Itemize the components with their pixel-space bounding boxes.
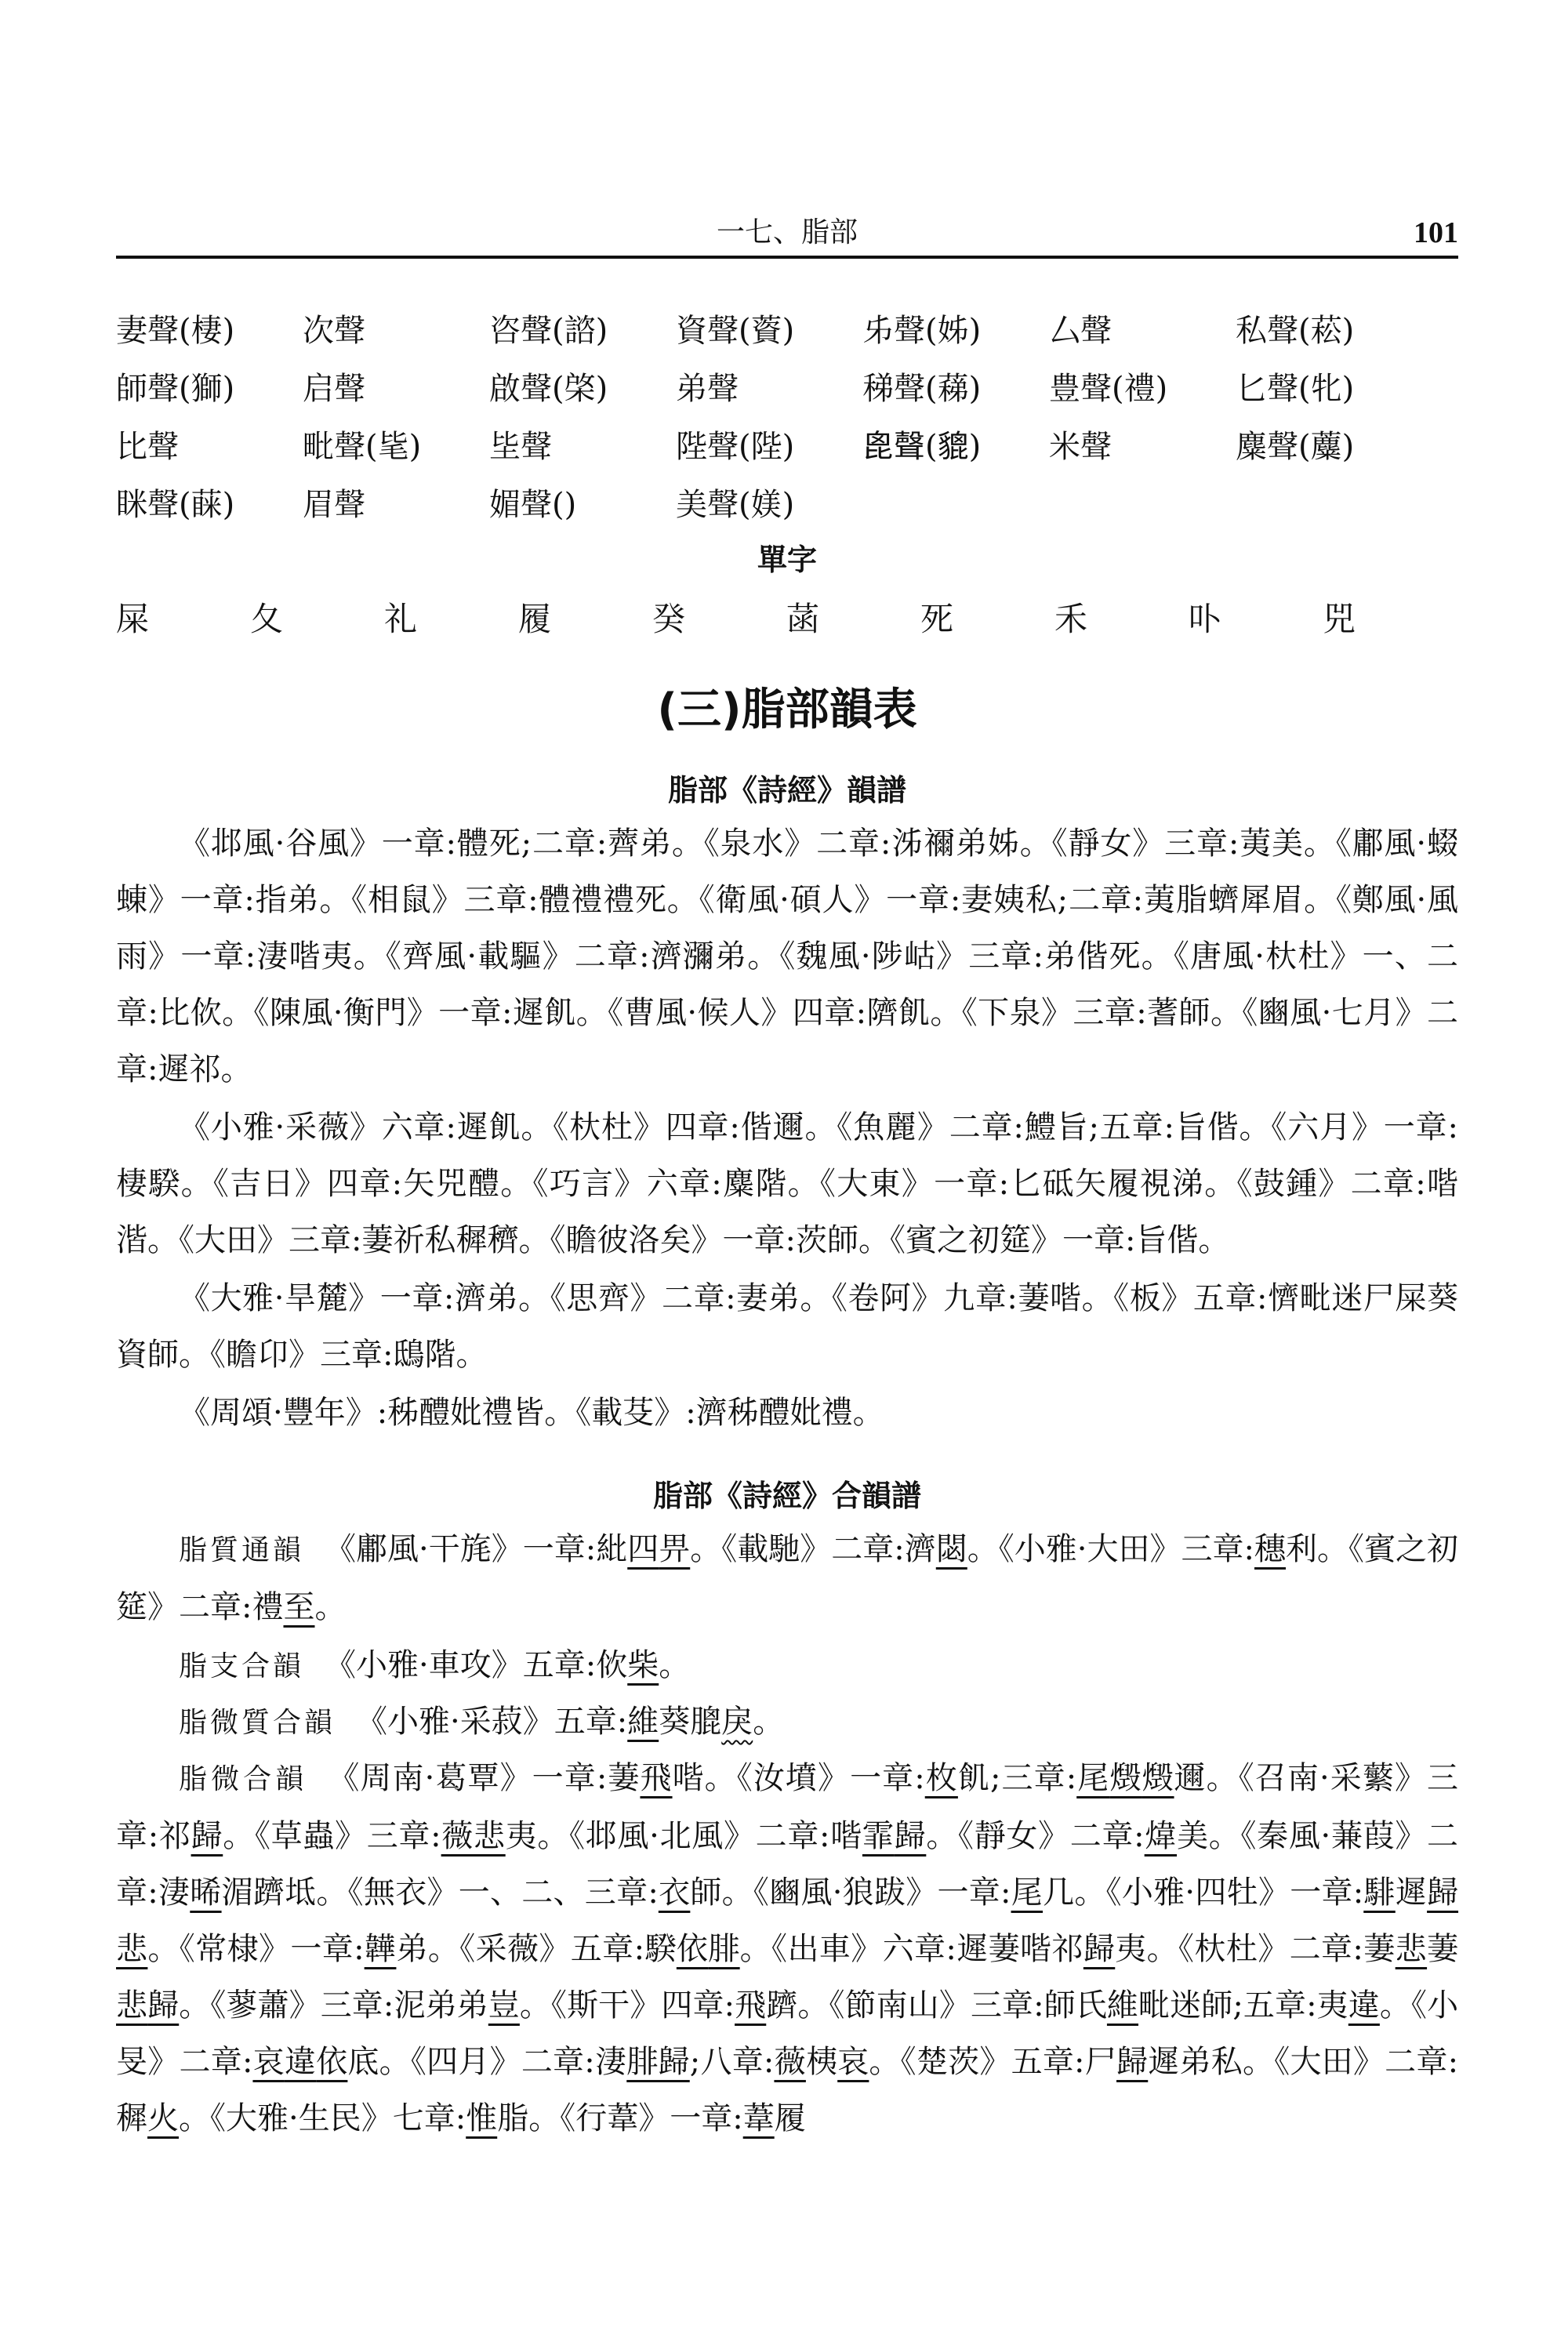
single-char: 禾 (1054, 596, 1189, 643)
underlined-rhyme-char: 騑 (1363, 1875, 1396, 1911)
entry-text: 脂微合韻《周南·葛覃》一章:萋飛喈。《汝墳》一章:枚飢;三章:尾燬燬邇。《召南·… (116, 1750, 1458, 2147)
underlined-rhyme-char: 衣 (659, 1875, 691, 1911)
entry-segment: 。《常棣》一章: (147, 1931, 364, 1967)
single-char: 死 (920, 596, 1054, 643)
entry-segment: 。 (659, 1647, 690, 1683)
series-cell: 麋聲(蘪) (1236, 423, 1422, 470)
underlined-rhyme-char: 畀 (659, 1531, 690, 1567)
entry-segment: 躋。《節南山》三章:師氏 (766, 1987, 1107, 2024)
paragraph-text: 《周頌·豐年》:秭醴妣禮皆。《載芟》:濟秭醴妣禮。 (116, 1385, 1458, 1441)
underlined-rhyme-char: 尾 (1011, 1875, 1044, 1911)
page-number: 101 (1414, 213, 1458, 252)
entry-segment: 夷。《邶風·北風》二章:喈 (506, 1818, 862, 1854)
series-row: 師聲(獅) 启聲 啟聲(棨) 弟聲 稊聲(蕛) 豊聲(禮) 匕聲(牝) (116, 360, 1458, 418)
series-cell: 啟聲(棨) (489, 365, 676, 412)
entry-text: 脂微質合韻《小雅·采菽》五章:維葵膍戾。 (116, 1693, 1458, 1751)
entry-segment: 萋 (1427, 1931, 1458, 1967)
entry-segment: 脂。《行葦》一章: (497, 2100, 742, 2136)
rhyme-tag: 脂質通韻 (179, 1534, 304, 1566)
rhyme-paragraph-daya: 《大雅·旱麓》一章:濟弟。《思齊》二章:妻弟。《卷阿》九章:萋喈。《板》五章:懠… (116, 1270, 1458, 1383)
single-char: 卟 (1189, 596, 1323, 643)
section-title: (三)脂部韻表 (116, 679, 1458, 742)
header-rule (116, 256, 1458, 259)
series-cell: 眯聲(蔝) (116, 481, 303, 528)
entry-segment: 。 (314, 1589, 346, 1625)
entry-segment: 《小雅·采菽》五章: (356, 1704, 627, 1740)
underlined-rhyme-char: 閟 (936, 1531, 967, 1567)
rhyme-tag: 脂微合韻 (179, 1763, 307, 1795)
single-char: 屎 (116, 596, 250, 643)
entry-segment: 。《草蟲》三章: (223, 1818, 441, 1854)
entry-segment: 喈。《汝墳》一章: (673, 1760, 925, 1796)
series-cell: 匕聲(牝) (1236, 365, 1422, 412)
entry-text: 脂質通韻《鄘風·干旄》一章:紕四畀。《載馳》二章:濟閟。《小雅·大田》三章:穗利… (116, 1521, 1458, 1635)
entry-segment: 葵膍 (659, 1704, 721, 1740)
entry-segment: 飢;三章: (958, 1760, 1076, 1796)
series-cell: 資聲(薋) (676, 307, 862, 354)
underlined-rhyme-char: 歸 (659, 2044, 690, 2080)
underlined-rhyme-char: 違 (1348, 1987, 1380, 2024)
single-char: 履 (518, 596, 652, 643)
underlined-rhyme-char: 燬 (1109, 1760, 1142, 1796)
underlined-rhyme-char: 歸 (1083, 1931, 1115, 1967)
underlined-rhyme-char: 維 (1107, 1987, 1138, 2024)
series-cell: 私聲(菘) (1236, 307, 1422, 354)
wavy-underlined-rhyme-char: 戾 (721, 1704, 753, 1740)
series-cell: 弟聲 (676, 365, 862, 412)
combined-rhyme-heading: 脂部《詩經》合韻譜 (116, 1474, 1458, 1518)
series-cell: 启聲 (303, 365, 489, 412)
entry-segment: 几。《小雅·四牡》一章: (1043, 1875, 1363, 1911)
entry-segment: 。《蓼蕭》三章:泥弟弟 (179, 1987, 488, 2024)
underlined-rhyme-char: 違 (285, 2044, 316, 2080)
underlined-rhyme-char: 歸 (1427, 1875, 1458, 1911)
series-cell: 𣬉聲(貔) (862, 423, 1049, 470)
series-row: 眯聲(蔝) 眉聲 媚聲(𥴿) 美聲(媄) (116, 476, 1458, 534)
series-cell: 𠂔聲(姊) (862, 307, 1049, 354)
series-cell: 妻聲(棲) (116, 307, 303, 354)
running-header: 一七、脂部 101 (116, 213, 1458, 259)
underlined-rhyme-char: 悲 (116, 1987, 147, 2024)
underlined-rhyme-char: 歸 (895, 1818, 927, 1854)
series-cell: 咨聲(諮) (489, 307, 676, 354)
entry-text: 脂支合韻《小雅·車攻》五章:佽柴。 (116, 1637, 1458, 1695)
entry-segment: 《周南·葛覃》一章:萋 (328, 1760, 640, 1796)
single-char: 兕 (1323, 596, 1457, 643)
single-char: 礼 (384, 596, 518, 643)
underlined-rhyme-char: 歸 (1116, 2044, 1148, 2080)
underlined-rhyme-char: 依 (316, 2044, 347, 2080)
rhyme-tag: 脂支合韻 (179, 1650, 304, 1682)
entry-segment: 弟。《采薇》五章:騤 (396, 1931, 676, 1967)
single-char: 夂 (250, 596, 384, 643)
rhyme-paragraph-xiaoya: 《小雅·采薇》六章:遲飢。《杕杜》四章:偕邇。《魚麗》二章:鱧旨;五章:旨偕。《… (116, 1099, 1458, 1269)
underlined-rhyme-char: 枚 (925, 1760, 958, 1796)
underlined-rhyme-char: 哀 (252, 2044, 284, 2080)
underlined-rhyme-char: 至 (283, 1589, 314, 1625)
entry-body: 《鄘風·干旄》一章:紕四畀。《載馳》二章:濟閟。《小雅·大田》三章:穗利。《賓之… (116, 1531, 1458, 1625)
single-char: 癸 (652, 596, 786, 643)
combined-entry: 脂微合韻《周南·葛覃》一章:萋飛喈。《汝墳》一章:枚飢;三章:尾燬燬邇。《召南·… (116, 1750, 1458, 2147)
underlined-rhyme-char: 薇 (774, 2044, 805, 2080)
underlined-rhyme-char: 葦 (743, 2100, 775, 2136)
entry-segment: 。《楚茨》五章:尸 (869, 2044, 1116, 2080)
running-title: 一七、脂部 (116, 213, 1458, 252)
combined-entry: 脂微質合韻《小雅·采菽》五章:維葵膍戾。 (116, 1693, 1458, 1751)
entry-segment: 。《大雅·生民》七章: (179, 2100, 466, 2136)
series-cell: 媚聲(𥴿) (489, 481, 676, 528)
entry-body: 《小雅·采菽》五章:維葵膍戾。 (356, 1704, 784, 1740)
entry-body: 《周南·葛覃》一章:萋飛喈。《汝墳》一章:枚飢;三章:尾燬燬邇。《召南·采蘩》三… (116, 1760, 1458, 2136)
single-chars-heading: 單字 (116, 538, 1458, 582)
underlined-rhyme-char: 柴 (627, 1647, 659, 1683)
series-cell: 米聲 (1049, 423, 1236, 470)
entry-segment: 。《小雅·大田》三章: (967, 1531, 1254, 1567)
underlined-rhyme-char: 悲 (116, 1931, 147, 1967)
book-page: 一七、脂部 101 妻聲(棲) 次聲 咨聲(諮) 資聲(薋) 𠂔聲(姊) 厶聲 … (0, 0, 1568, 2352)
series-cell: 次聲 (303, 307, 489, 354)
series-cell: 稊聲(蕛) (862, 365, 1049, 412)
series-cell: 坒聲 (489, 423, 676, 470)
underlined-rhyme-char: 維 (627, 1704, 659, 1740)
entry-body: 《小雅·車攻》五章:佽柴。 (325, 1647, 690, 1683)
entry-segment: 湄躋坻。《無衣》一、二、三章: (222, 1875, 659, 1911)
series-cell: 美聲(媄) (676, 481, 862, 528)
underlined-rhyme-char: 依 (677, 1931, 708, 1967)
series-row: 妻聲(棲) 次聲 咨聲(諮) 資聲(薋) 𠂔聲(姊) 厶聲 私聲(菘) (116, 302, 1458, 360)
series-cell: 陛聲(陛) (676, 423, 862, 470)
entry-segment: 夷。《杕杜》二章:萋 (1115, 1931, 1395, 1967)
entry-segment: 毗迷師;五章:夷 (1138, 1987, 1348, 2024)
underlined-rhyme-char: 惟 (466, 2100, 497, 2136)
underlined-rhyme-char: 歸 (191, 1818, 223, 1854)
entry-segment: 。 (753, 1704, 784, 1740)
entry-segment: ;八章: (690, 2044, 775, 2080)
single-char: 菡 (786, 596, 920, 643)
entry-segment: 桋 (806, 2044, 837, 2080)
entry-segment: 底。《四月》二章:淒 (347, 2044, 626, 2080)
combined-entry: 脂質通韻《鄘風·干旄》一章:紕四畀。《載馳》二章:濟閟。《小雅·大田》三章:穗利… (116, 1521, 1458, 1635)
combined-entry: 脂支合韻《小雅·車攻》五章:佽柴。 (116, 1637, 1458, 1695)
underlined-rhyme-char: 飛 (640, 1760, 672, 1796)
paragraph-text: 《大雅·旱麓》一章:濟弟。《思齊》二章:妻弟。《卷阿》九章:萋喈。《板》五章:懠… (116, 1270, 1458, 1383)
underlined-rhyme-char: 尾 (1076, 1760, 1109, 1796)
single-chars-list: 屎 夂 礼 履 癸 菡 死 禾 卟 兕 (116, 596, 1458, 643)
underlined-rhyme-char: 豈 (488, 1987, 520, 2024)
underlined-rhyme-char: 韡 (365, 1931, 397, 1967)
series-cell: 眉聲 (303, 481, 489, 528)
series-cell: 比聲 (116, 423, 303, 470)
underlined-rhyme-char: 四 (627, 1531, 659, 1567)
underlined-rhyme-char: 火 (147, 2100, 179, 2136)
underlined-rhyme-char: 悲 (474, 1818, 506, 1854)
underlined-rhyme-char: 煒 (1145, 1818, 1177, 1854)
rhyme-table-heading: 脂部《詩經》韻譜 (116, 768, 1458, 812)
entry-segment: 。《出車》六章:遲萋喈祁 (740, 1931, 1083, 1967)
underlined-rhyme-char: 晞 (190, 1875, 221, 1911)
phonetic-series-table: 妻聲(棲) 次聲 咨聲(諮) 資聲(薋) 𠂔聲(姊) 厶聲 私聲(菘) 師聲(獅… (116, 302, 1458, 534)
entry-segment: 。《斯干》四章: (520, 1987, 735, 2024)
series-cell: 師聲(獅) (116, 365, 303, 412)
paragraph-text: 《小雅·采薇》六章:遲飢。《杕杜》四章:偕邇。《魚麗》二章:鱧旨;五章:旨偕。《… (116, 1099, 1458, 1269)
entry-segment: 履 (775, 2100, 806, 2136)
underlined-rhyme-char: 歸 (147, 1987, 179, 2024)
underlined-rhyme-char: 腓 (626, 2044, 658, 2080)
entry-segment: 師。《豳風·狼跋》一章: (690, 1875, 1011, 1911)
series-cell: 厶聲 (1049, 307, 1236, 354)
entry-segment: 遲 (1396, 1875, 1427, 1911)
paragraph-text: 《邶風·谷風》一章:體死;二章:薺弟。《泉水》二章:泲禰弟姊。《靜女》三章:荑美… (116, 815, 1458, 1098)
entry-segment: 。《靜女》二章: (926, 1818, 1144, 1854)
underlined-rhyme-char: 哀 (837, 2044, 869, 2080)
rhyme-paragraph-zhousong: 《周頌·豐年》:秭醴妣禮皆。《載芟》:濟秭醴妣禮。 (116, 1385, 1458, 1441)
underlined-rhyme-char: 悲 (1396, 1931, 1427, 1967)
underlined-rhyme-char: 飛 (735, 1987, 766, 2024)
rhyme-paragraph-guofeng: 《邶風·谷風》一章:體死;二章:薺弟。《泉水》二章:泲禰弟姊。《靜女》三章:荑美… (116, 815, 1458, 1098)
series-cell: 豊聲(禮) (1049, 365, 1236, 412)
underlined-rhyme-char: 燬 (1142, 1760, 1174, 1796)
entry-segment: 《鄘風·干旄》一章:紕 (325, 1531, 627, 1567)
rhyme-tag: 脂微質合韻 (179, 1707, 336, 1739)
underlined-rhyme-char: 霏 (862, 1818, 895, 1854)
underlined-rhyme-char: 腓 (708, 1931, 739, 1967)
series-cell: 毗聲(毞) (303, 423, 489, 470)
underlined-rhyme-char: 薇 (441, 1818, 474, 1854)
underlined-rhyme-char: 穗 (1254, 1531, 1286, 1567)
entry-segment: 。《載馳》二章:濟 (690, 1531, 936, 1567)
entry-segment: 《小雅·車攻》五章:佽 (325, 1647, 627, 1683)
series-row: 比聲 毗聲(毞) 坒聲 陛聲(陛) 𣬉聲(貔) 米聲 麋聲(蘪) (116, 418, 1458, 476)
